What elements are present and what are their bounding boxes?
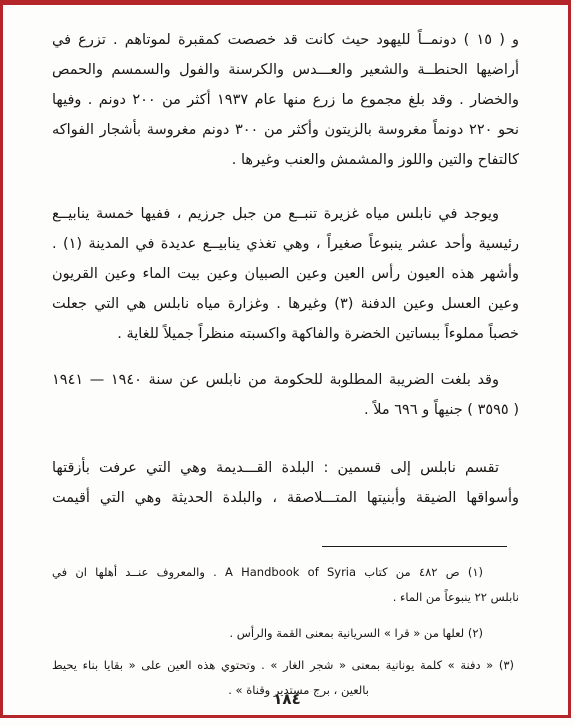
footnotes-section: (١) ص ٤٨٢ من كتاب A Handbook of Syria . … — [52, 560, 519, 703]
footnote-line: (٢) لعلها من « قرا » السريانية بمعنى الق… — [52, 621, 519, 646]
text-line: نحو ٢٢٠ دونماً مغروسة بالزيتون وأكثر من … — [52, 115, 519, 145]
page-number: ١٨٤ — [0, 690, 574, 708]
paragraph-1: و ( ١٥ ) دونمــاً لليهود حيث كانت قد خصص… — [52, 25, 519, 175]
text-line: ( ٣٥٩٥ ) جنيهاً و ٦٩٦ ملاً . — [52, 395, 519, 425]
footnote-line: (١) ص ٤٨٢ من كتاب A Handbook of Syria . … — [52, 560, 519, 585]
footnote-1: (١) ص ٤٨٢ من كتاب A Handbook of Syria . … — [52, 560, 519, 610]
text-line: وأشهر هذه العيون رأس العين وعين الصبيان … — [52, 259, 519, 289]
text-line: وقد بلغت الضريبة المطلوبة للحكومة من ناب… — [52, 365, 519, 395]
paragraph-2: ويوجد في نابلس مياه غزيرة تنبــع من جبل … — [52, 199, 519, 349]
paragraph-3: وقد بلغت الضريبة المطلوبة للحكومة من ناب… — [52, 365, 519, 425]
text-line: وعين العسل وعين الدفنة (٣) وغيرها . وغزا… — [52, 289, 519, 319]
text-line: و ( ١٥ ) دونمــاً لليهود حيث كانت قد خصص… — [52, 25, 519, 55]
text-line: كالتفاح والتين واللوز والمشمش والعنب وغي… — [52, 145, 519, 175]
text-line: والخضار . وقد بلغ مجموع ما زرع منها عام … — [52, 85, 519, 115]
footnote-separator-rule — [322, 546, 507, 547]
text-line: تقسم نابلس إلى قسمين : البلدة القـــديمة… — [52, 453, 519, 483]
footnote-line: (٣) « دفنة » كلمة يونانية بمعنى « شجر ال… — [52, 653, 519, 678]
text-line: رئيسية وأحد عشر ينبوعاً صغيراً ، وهي تغذ… — [52, 229, 519, 259]
page-body-text: و ( ١٥ ) دونمــاً لليهود حيث كانت قد خصص… — [52, 25, 519, 703]
text-line: أراضيها الحنطــة والشعير والعـــدس والكر… — [52, 55, 519, 85]
text-line: خصباً مملوءاً ببساتين الخضرة والفاكهة وا… — [52, 319, 519, 349]
text-line: ويوجد في نابلس مياه غزيرة تنبــع من جبل … — [52, 199, 519, 229]
footnote-line: نابلس ٢٢ ينبوعاً من الماء . — [52, 585, 519, 610]
paragraph-4: تقسم نابلس إلى قسمين : البلدة القـــديمة… — [52, 453, 519, 513]
footnote-2: (٢) لعلها من « قرا » السريانية بمعنى الق… — [52, 621, 519, 646]
text-line: وأسواقها الضيقة وأبنيتها المتـــلاصقة ، … — [52, 483, 519, 513]
